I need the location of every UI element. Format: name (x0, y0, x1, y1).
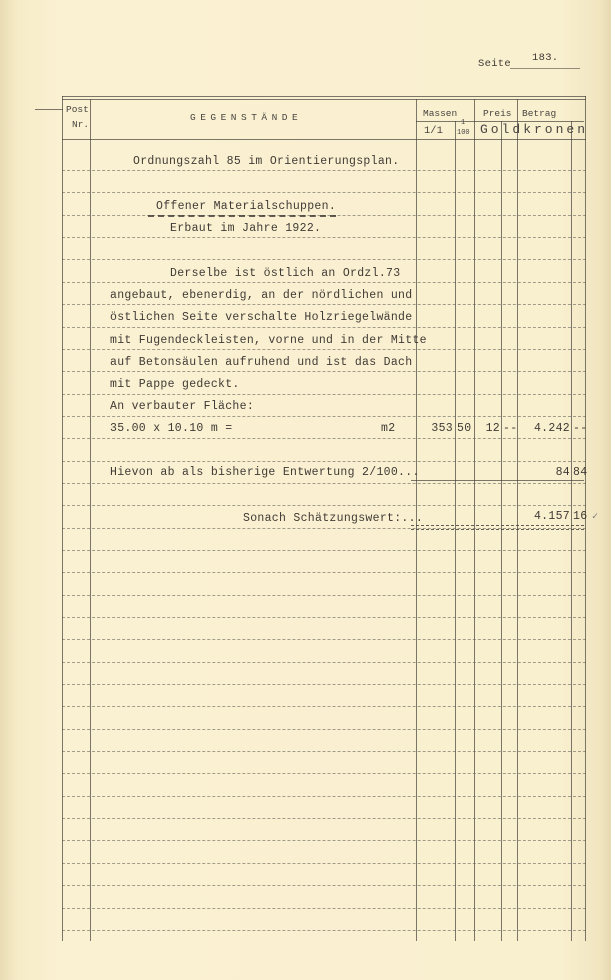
row-rule (62, 394, 586, 395)
row-rule (62, 327, 586, 328)
title-underline (148, 215, 336, 217)
row-rule (62, 684, 586, 685)
row-rule (62, 282, 586, 283)
total-double-underline (411, 525, 584, 530)
row-text-built: Erbaut im Jahre 1922. (170, 222, 321, 235)
subtotal-rule (411, 480, 584, 481)
row-text-area-label: An verbauter Fläche: (110, 400, 254, 413)
row-rule (62, 483, 586, 484)
header-bottom-border (62, 139, 586, 140)
row-text-desc-4: mit Fugendeckleisten, vorne und in der M… (110, 334, 427, 347)
row-text-desc-6: mit Pappe gedeckt. (110, 378, 240, 391)
row-rule (62, 595, 586, 596)
page-number-rule (510, 68, 580, 69)
row-rule (62, 438, 586, 439)
table-top-border (62, 96, 586, 97)
massen-whole-value: 353 (416, 422, 453, 435)
betrag-fraction-value: -- (573, 422, 587, 435)
header-massen: Massen (423, 108, 457, 119)
table-top-border-inner (62, 99, 586, 100)
row-text-desc-1: Derselbe ist östlich an Ordzl.73 (170, 267, 400, 280)
col-border-left (62, 96, 63, 941)
row-rule (62, 192, 586, 193)
header-gegenstaende: GEGENSTÄNDE (190, 112, 302, 123)
header-massen-frac-den: 100 (457, 129, 470, 137)
row-rule (62, 572, 586, 573)
row-rule (62, 259, 586, 260)
row-rule (62, 505, 586, 506)
row-rule (62, 908, 586, 909)
page-label: Seite (478, 58, 511, 70)
col-border-preis (474, 99, 475, 941)
row-rule (62, 662, 586, 663)
header-nr: Nr. (72, 119, 89, 130)
col-border-betrag (517, 99, 518, 941)
row-rule (62, 349, 586, 350)
header-currency: Goldkronen (480, 122, 588, 137)
row-rule (62, 639, 586, 640)
row-rule (62, 617, 586, 618)
area-unit: m2 (381, 422, 395, 435)
row-text-desc-2: angebaut, ebenerdig, an der nördlichen u… (110, 289, 412, 302)
header-preis: Preis (483, 108, 512, 119)
row-rule (62, 751, 586, 752)
row-rule (62, 304, 586, 305)
total-fraction-value: 16 (573, 510, 587, 523)
betrag-whole-value: 4.242 (519, 422, 570, 435)
header-betrag: Betrag (522, 108, 556, 119)
check-mark-icon: ✓ (592, 511, 598, 523)
row-rule (62, 885, 586, 886)
row-rule (62, 461, 586, 462)
row-rule (62, 863, 586, 864)
depreciation-whole-value: 84 (519, 466, 570, 479)
row-rule (62, 930, 586, 931)
row-text-desc-5: auf Betonsäulen aufruhend und ist das Da… (110, 356, 412, 369)
row-rule (62, 773, 586, 774)
row-rule (62, 371, 586, 372)
total-whole-value: 4.157 (519, 510, 570, 523)
row-rule (62, 550, 586, 551)
row-rule (62, 170, 586, 171)
row-rule (62, 796, 586, 797)
row-rule (62, 416, 586, 417)
row-text-title: Offener Materialschuppen. (156, 200, 336, 213)
margin-mark (35, 109, 63, 110)
header-massen-whole: 1/1 (424, 125, 443, 137)
row-rule (62, 729, 586, 730)
row-rule (62, 818, 586, 819)
depreciation-fraction-value: 84 (573, 466, 587, 479)
preis-fraction-value: -- (503, 422, 517, 435)
col-border-post (90, 99, 91, 941)
row-rule (62, 840, 586, 841)
header-massen-frac-num: 1 (461, 119, 465, 127)
row-rule (62, 237, 586, 238)
page-number: 183. (532, 52, 558, 64)
row-text-depreciation: Hievon ab als bisherige Entwertung 2/100… (110, 466, 420, 479)
row-text-ordnungszahl: Ordnungszahl 85 im Orientierungsplan. (133, 155, 399, 168)
row-rule (62, 706, 586, 707)
row-text-area-calc: 35.00 x 10.10 m = (110, 422, 232, 435)
row-text-desc-3: östlichen Seite verschalte Holzriegelwän… (110, 311, 412, 324)
massen-fraction-value: 50 (457, 422, 471, 435)
row-text-total: Sonach Schätzungswert:... (243, 512, 423, 525)
header-post: Post (66, 104, 89, 115)
preis-whole-value: 12 (476, 422, 500, 435)
